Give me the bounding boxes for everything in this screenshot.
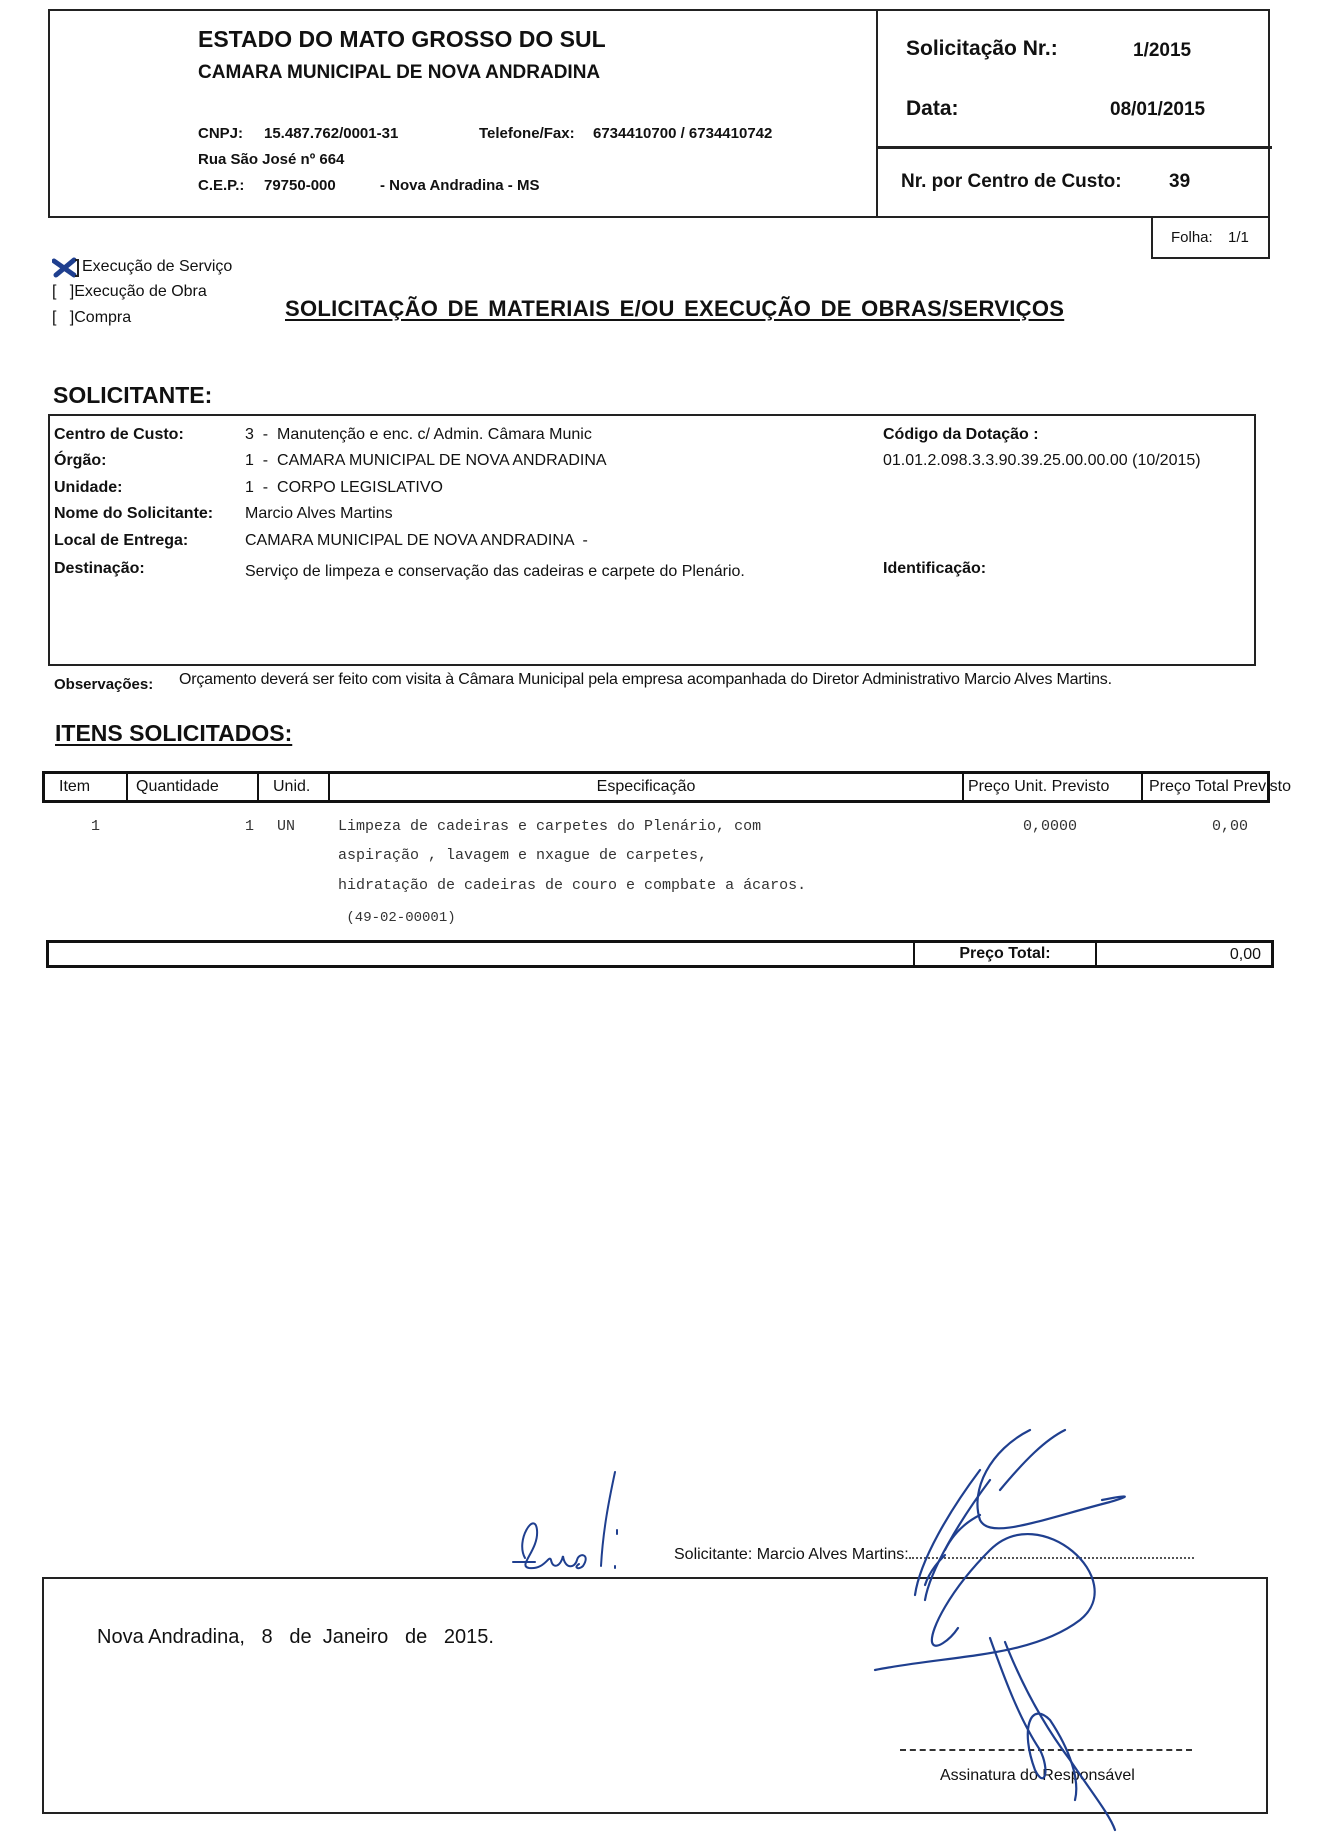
cnpj-value: 15.487.762/0001-31	[264, 125, 398, 142]
document-title: SOLICITAÇÃO DE MATERIAIS E/OU EXECUÇÃO D…	[285, 296, 1064, 322]
cost-center-label: Centro de Custo:	[54, 426, 184, 444]
entity-name: CAMARA MUNICIPAL DE NOVA ANDRADINA	[198, 62, 600, 84]
date-value: 08/01/2015	[1110, 99, 1205, 121]
request-type-label: Execução de Obra	[74, 283, 207, 300]
row-unit: UN	[277, 818, 295, 835]
col-specification: Especificação	[330, 774, 964, 800]
delivery-location-label: Local de Entrega:	[54, 532, 188, 550]
request-type-label: Compra	[74, 309, 131, 326]
request-number-label: Solicitação Nr.:	[906, 37, 1058, 61]
request-type-label: Execução de Serviço	[82, 258, 232, 276]
requester-name-label: Nome do Solicitante:	[54, 505, 213, 523]
row-spec-line-3: hidratação de cadeiras de couro e compba…	[338, 877, 806, 894]
initials-signature	[505, 1470, 645, 1580]
place-date: Nova Andradina, 8 de Janeiro de 2015.	[97, 1626, 494, 1649]
allocation-code-value: 01.01.2.098.3.3.90.39.25.00.00.00 (10/20…	[883, 452, 1201, 470]
request-type-purchase[interactable]: [ ]Compra	[52, 309, 131, 327]
cnpj-label: CNPJ:	[198, 125, 243, 142]
destination-value: Serviço de limpeza e conservação das cad…	[245, 563, 745, 581]
row-quantity: 1	[245, 818, 254, 835]
responsible-signature	[870, 1420, 1270, 1832]
identification-label: Identificação:	[883, 560, 986, 578]
total-label: Preço Total:	[959, 945, 1050, 963]
cost-center-number: 39	[1169, 171, 1190, 193]
row-spec-line-4: (49-02-00001)	[338, 910, 456, 926]
cep-value: 79750-000	[264, 177, 336, 194]
requester-section-title: SOLICITANTE:	[53, 382, 212, 409]
observations-text: Orçamento deverá ser feito com visita à …	[179, 671, 1112, 689]
unit-value: 1 - CORPO LEGISLATIVO	[245, 479, 443, 497]
row-item: 1	[91, 818, 100, 835]
header-divider	[876, 11, 878, 216]
items-table-header: Item Quantidade Unid. Especificação Preç…	[42, 771, 1270, 803]
request-number: 1/2015	[1133, 40, 1191, 62]
organ-label: Órgão:	[54, 452, 106, 470]
state-name: ESTADO DO MATO GROSSO DO SUL	[198, 26, 606, 53]
row-spec-line-1: Limpeza de cadeiras e carpetes do Plenár…	[338, 818, 761, 835]
date-label: Data:	[906, 97, 959, 121]
col-item: Item	[45, 774, 128, 800]
checkbox-empty: [ ]	[52, 283, 74, 300]
col-total-price: Preço Total Previsto	[1143, 774, 1267, 800]
destination-label: Destinação:	[54, 560, 145, 578]
phone-label: Telefone/Fax:	[479, 125, 575, 142]
items-total-row: Preço Total: 0,00	[46, 940, 1274, 968]
total-label-cell: Preço Total:	[913, 943, 1097, 965]
phone-value: 6734410700 / 6734410742	[593, 125, 772, 142]
row-spec-line-2: aspiração , lavagem e nxague de carpetes…	[338, 847, 707, 864]
col-quantity: Quantidade	[128, 774, 259, 800]
address: Rua São José nº 664	[198, 151, 344, 168]
checked-x-icon	[52, 257, 82, 277]
checkbox-empty: [ ]	[52, 309, 74, 326]
request-type-service[interactable]: Execução de Serviço	[52, 257, 232, 277]
unit-label: Unidade:	[54, 479, 122, 497]
allocation-code-label: Código da Dotação :	[883, 426, 1039, 444]
row-total-price: 0,00	[1212, 818, 1248, 835]
city: - Nova Andradina - MS	[380, 177, 539, 194]
row-unit-price: 0,0000	[1023, 818, 1077, 835]
header-right-divider	[878, 146, 1272, 149]
delivery-location-value: CAMARA MUNICIPAL DE NOVA ANDRADINA -	[245, 532, 588, 550]
items-section-title: ITENS SOLICITADOS:	[55, 720, 292, 747]
observations-label: Observações:	[54, 676, 153, 693]
col-unit-price: Preço Unit. Previsto	[964, 774, 1143, 800]
sheet-label: Folha:	[1171, 229, 1213, 246]
sheet-value: 1/1	[1228, 229, 1249, 246]
request-type-work[interactable]: [ ]Execução de Obra	[52, 283, 207, 301]
requester-name-value: Marcio Alves Martins	[245, 505, 393, 523]
organ-value: 1 - CAMARA MUNICIPAL DE NOVA ANDRADINA	[245, 452, 607, 470]
total-value: 0,00	[1230, 946, 1261, 964]
cep-label: C.E.P.:	[198, 177, 244, 194]
col-unit: Unid.	[259, 774, 330, 800]
cost-center-value: 3 - Manutenção e enc. c/ Admin. Câmara M…	[245, 426, 592, 444]
cost-center-number-label: Nr. por Centro de Custo:	[901, 171, 1122, 193]
